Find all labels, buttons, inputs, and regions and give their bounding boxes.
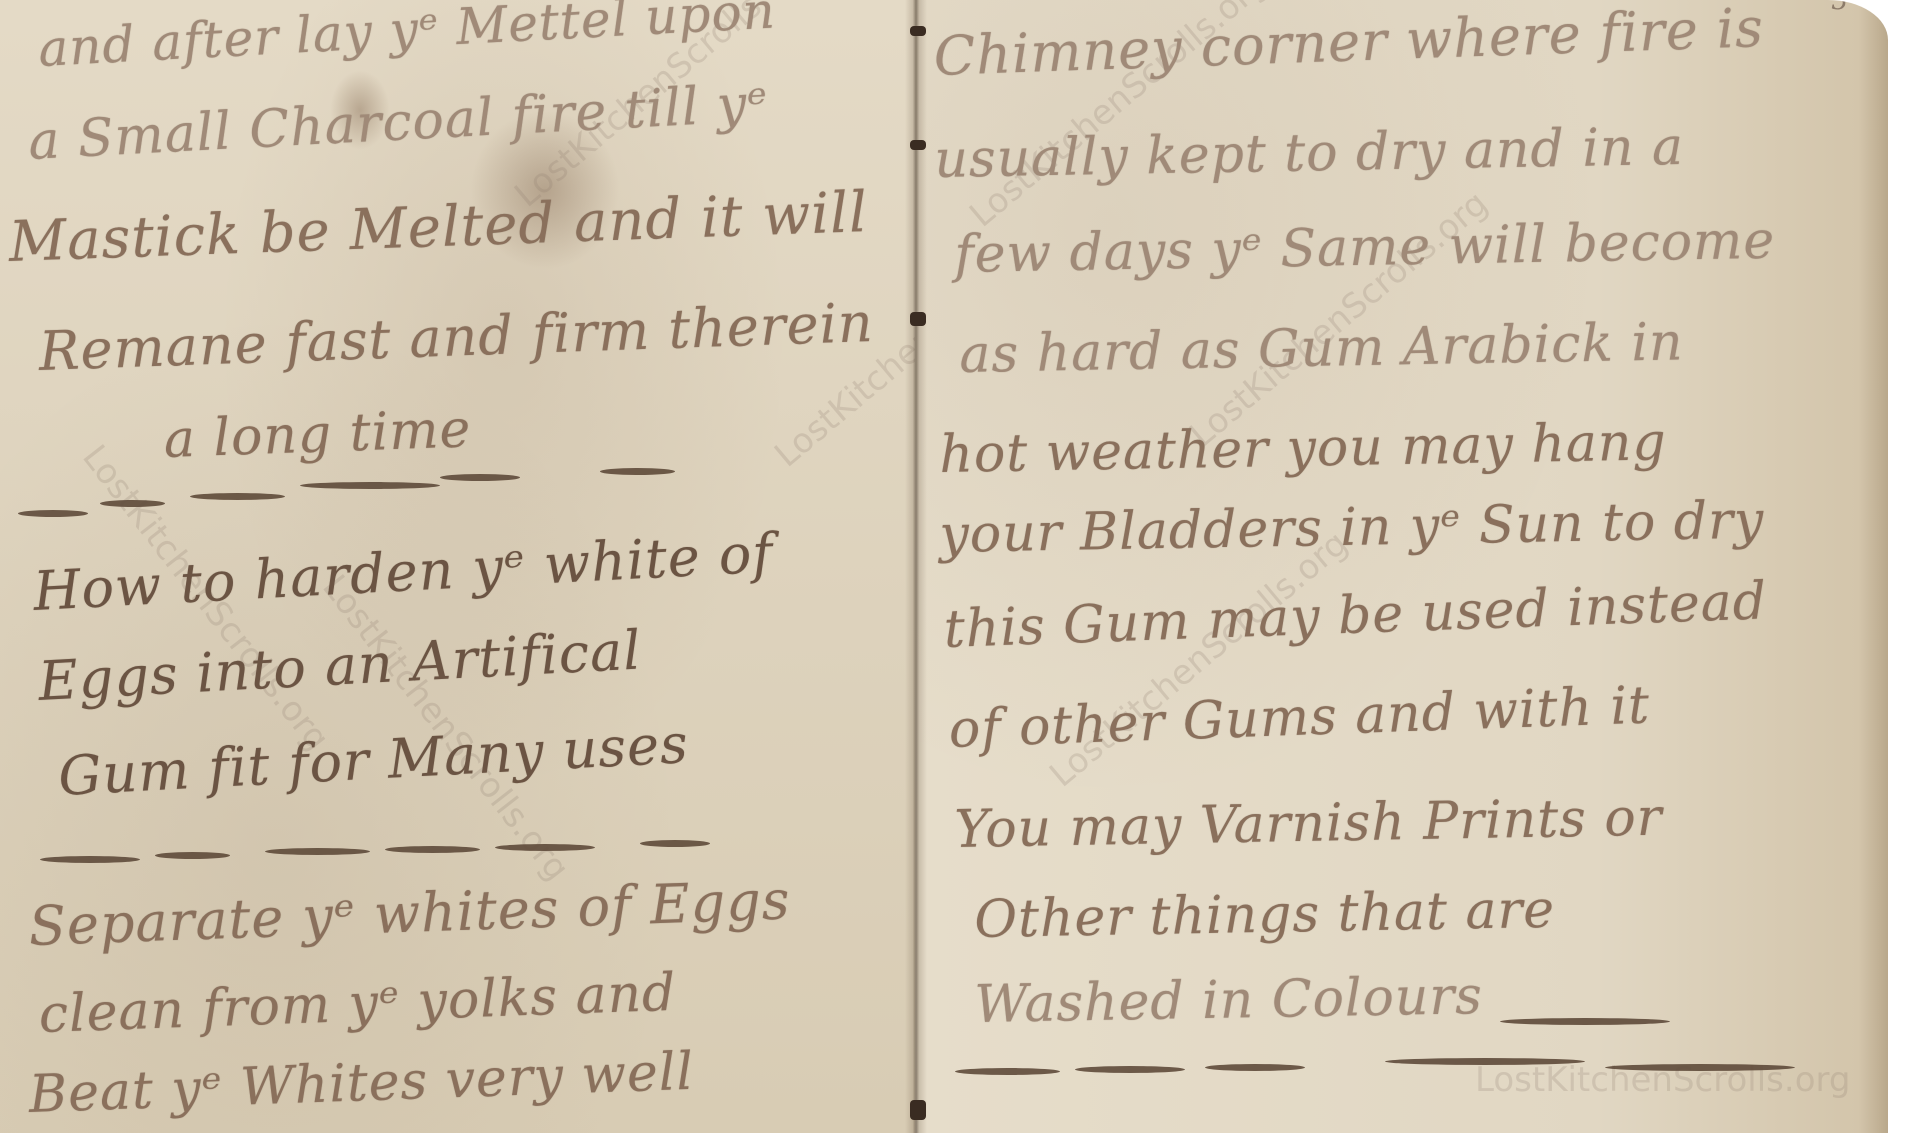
- section-rule: [18, 510, 88, 517]
- manuscript-line: Chimney corner where fire is: [933, 0, 1765, 88]
- section-rule: [385, 846, 480, 853]
- manuscript-line: Other things that are: [974, 880, 1556, 950]
- manuscript-line: You may Varnish Prints or: [954, 788, 1663, 860]
- recipe-title-line: Eggs into an Artifical: [37, 618, 643, 713]
- binding-stitch: [910, 312, 926, 326]
- section-rule: [600, 468, 675, 475]
- section-rule: [1500, 1018, 1670, 1025]
- section-rule: [1075, 1066, 1185, 1073]
- manuscript-line: as hard as Gum Arabick in: [959, 312, 1684, 385]
- manuscript-line: usually kept to dry and in a: [934, 117, 1685, 190]
- section-rule: [440, 474, 520, 481]
- manuscript-line: Mastick be Melted and it will: [8, 180, 869, 275]
- section-rule: [40, 856, 140, 863]
- section-rule: [640, 840, 710, 847]
- section-rule: [100, 500, 165, 507]
- manuscript-line: Beat yᵉ Whites very well: [28, 1042, 695, 1125]
- section-rule: [190, 493, 285, 500]
- manuscript-spread: LostKitchenScrolls.org LostKitchenScroll…: [0, 0, 1920, 1133]
- binding-stitch: [910, 1100, 926, 1120]
- manuscript-line: hot weather you may hang: [939, 412, 1667, 485]
- section-rule: [1605, 1064, 1795, 1071]
- section-rule: [495, 844, 595, 851]
- manuscript-line: this Gum may be used instead: [943, 571, 1768, 660]
- manuscript-line: a long time: [163, 399, 472, 470]
- recipe-title-line: Gum fit for Many uses: [57, 712, 690, 808]
- manuscript-line: Washed in Colours: [974, 966, 1483, 1035]
- manuscript-line: few days yᵉ Same will become: [954, 211, 1776, 285]
- binding-stitch: [910, 26, 926, 36]
- section-rule: [265, 848, 370, 855]
- manuscript-line: of other Gums and with it: [948, 676, 1651, 760]
- left-page: LostKitchenScrolls.org LostKitchenScroll…: [0, 0, 915, 1133]
- manuscript-line: Separate yᵉ whites of Eggs: [28, 868, 792, 958]
- page-number: 3: [1831, 0, 1848, 16]
- right-page: 3 LostKitchenScrolls.org LostKitchenScro…: [915, 0, 1888, 1133]
- section-rule: [955, 1068, 1060, 1075]
- section-rule: [1385, 1058, 1585, 1065]
- manuscript-line: your Bladders in yᵉ Sun to dry: [939, 491, 1765, 565]
- section-rule: [300, 482, 440, 489]
- manuscript-line: clean from yᵉ yolks and: [38, 963, 677, 1045]
- section-rule: [1205, 1064, 1305, 1071]
- section-rule: [155, 852, 230, 859]
- binding-stitch: [910, 140, 926, 150]
- manuscript-line: a Small Charcoal fire till yᵉ: [27, 73, 770, 172]
- book-spine: [905, 0, 927, 1133]
- manuscript-line: Remane fast and firm therein: [38, 291, 875, 383]
